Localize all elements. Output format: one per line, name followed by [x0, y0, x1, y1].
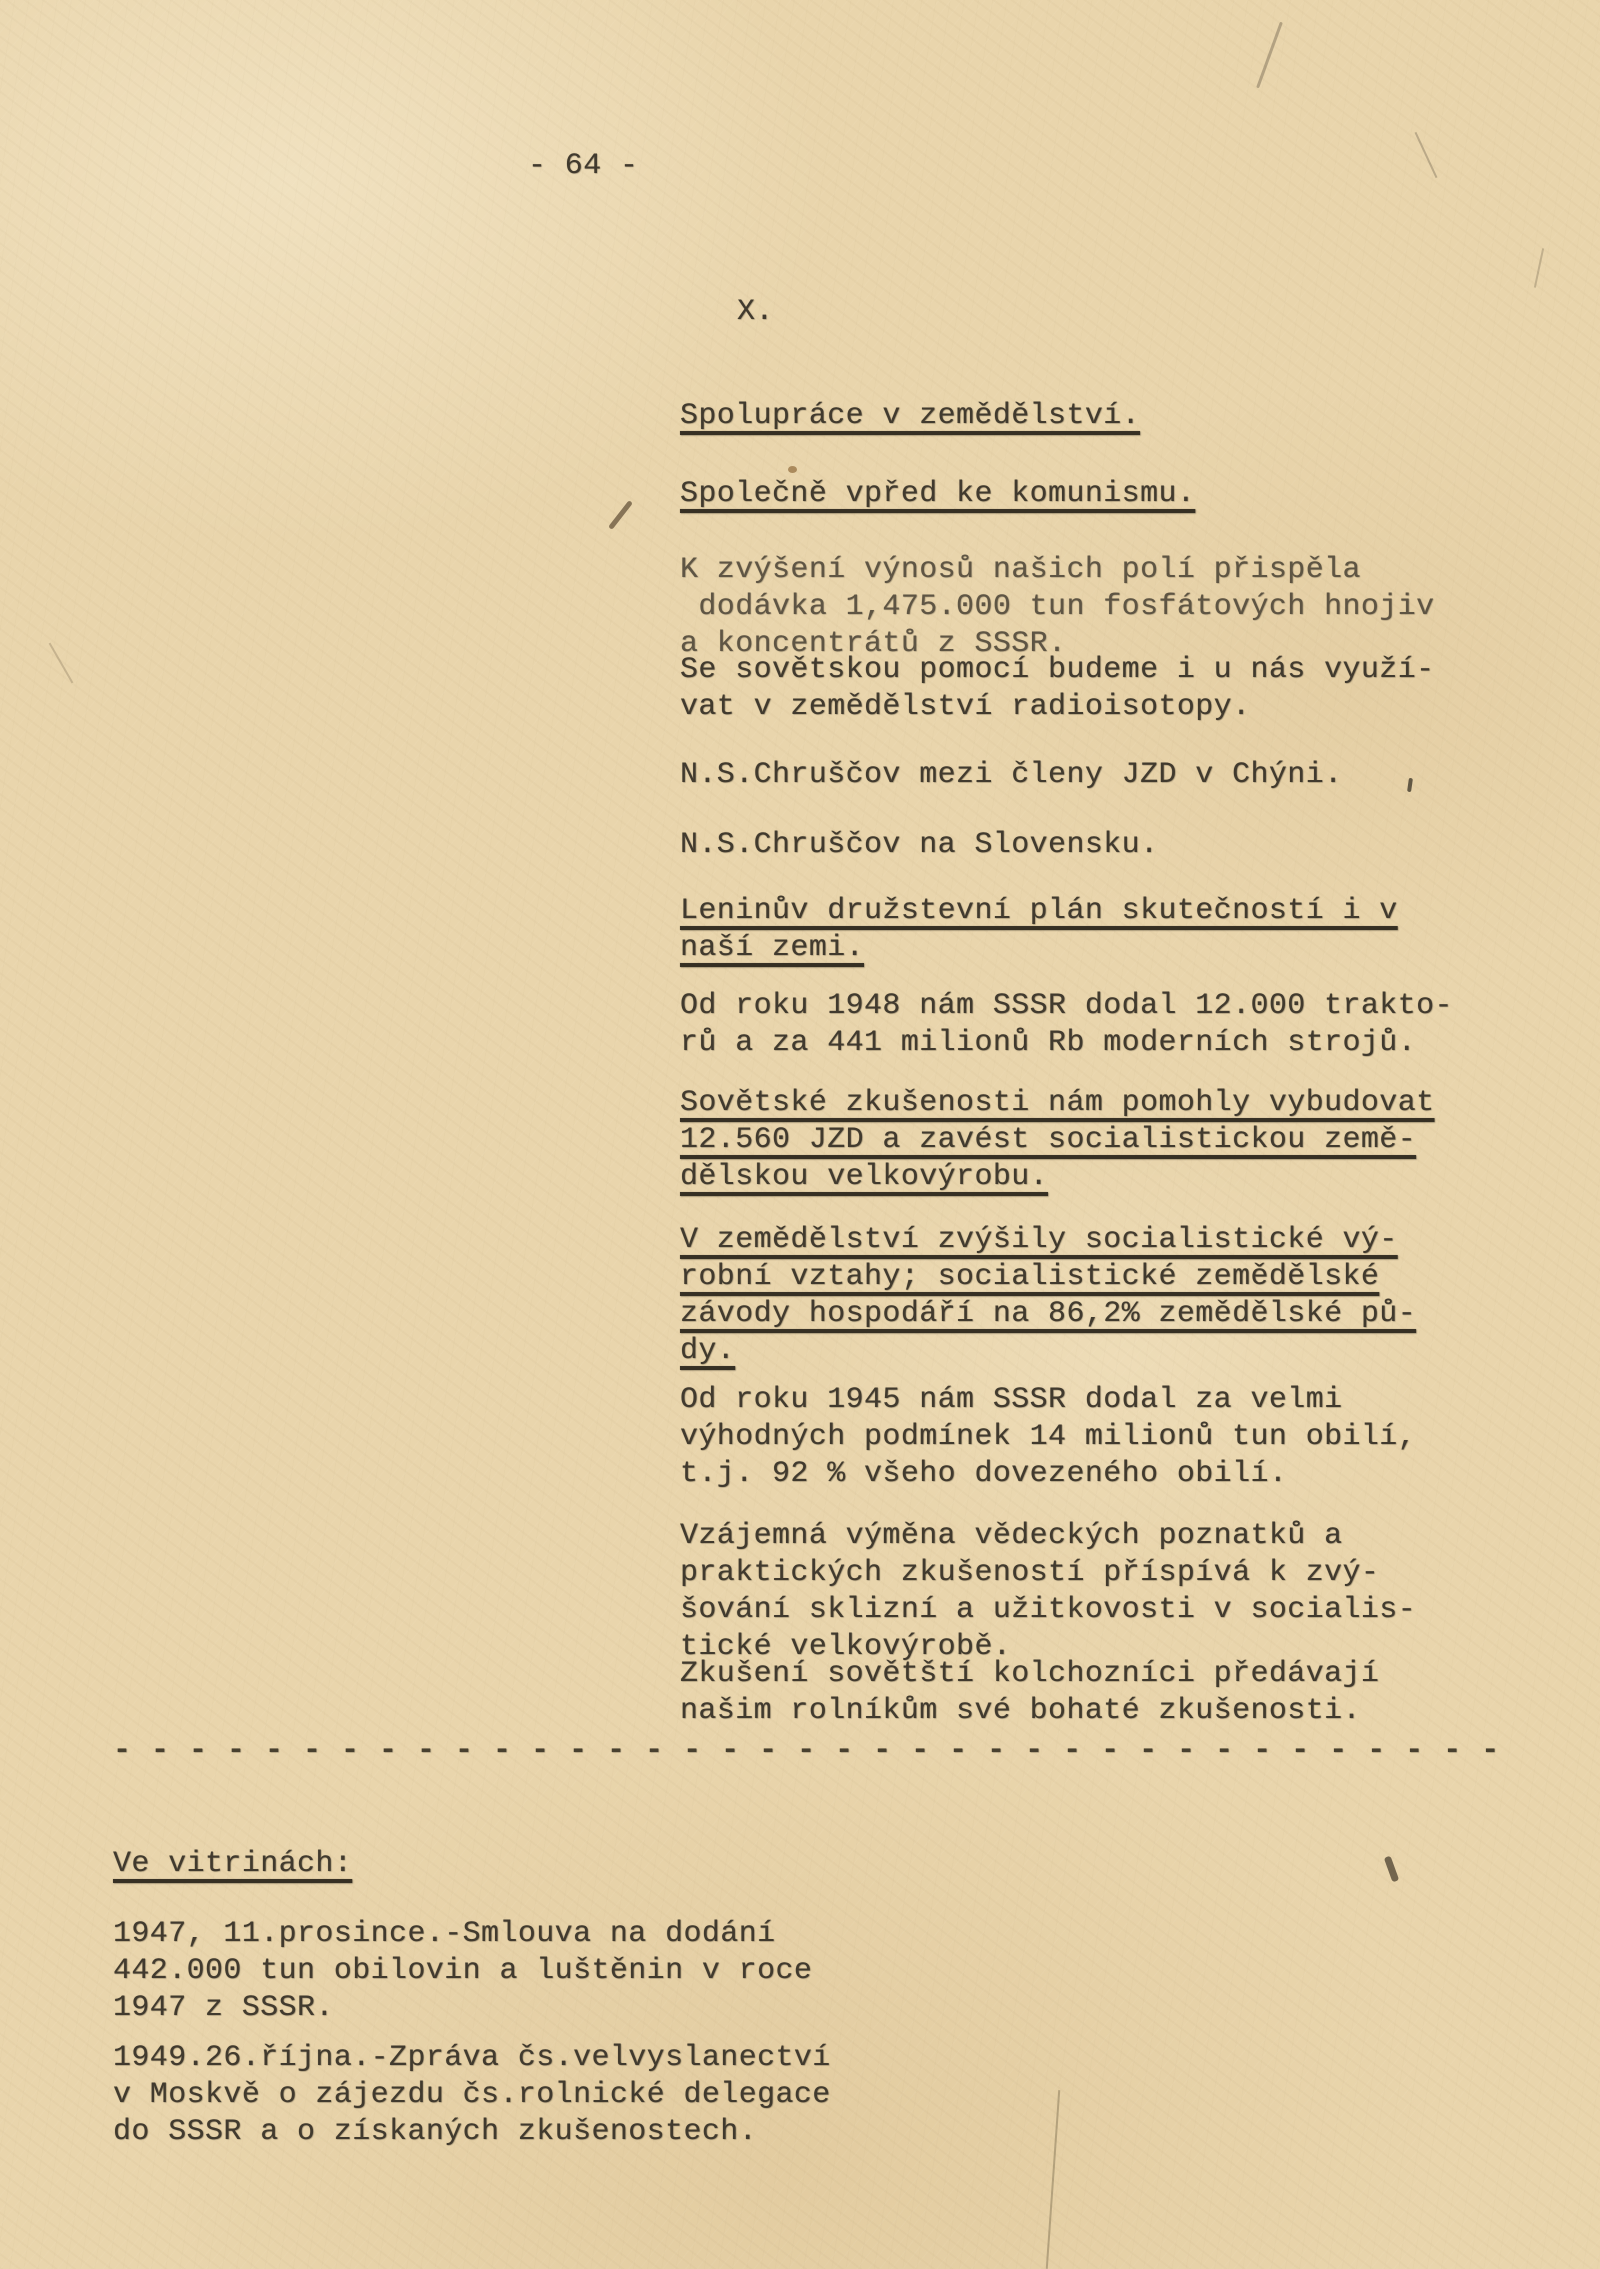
heading-lenin-cooperative-plan: Leninův družstevní plán skutečností i v …: [680, 893, 1398, 967]
paper-artifact-brown-speck: [788, 466, 797, 473]
paragraph-grain-1945: Od roku 1945 nám SSSR dodal za velmi výh…: [680, 1382, 1416, 1493]
heading-soviet-experience-jzd: Sovětské zkušenosti nám pomohly vybudova…: [680, 1085, 1435, 1196]
paragraph-fertilizer-delivery: K zvýšení výnosů našich polí přispěla do…: [680, 552, 1435, 663]
typewritten-document-page: - 64 - X. Spolupráce v zemědělství. Spol…: [0, 0, 1600, 2269]
caption-khrushchev-slovakia: N.S.Chruščov na Slovensku.: [680, 827, 1158, 864]
dashed-divider: - - - - - - - - - - - - - - - - - - - - …: [113, 1733, 1500, 1770]
paragraph-knowledge-exchange: Vzájemná výměna vědeckých poznatků a pra…: [680, 1518, 1416, 1666]
page-number: - 64 -: [528, 148, 638, 185]
paper-artifact-fiber-left: [49, 643, 74, 684]
paragraph-radioisotopes: Se sovětskou pomocí budeme i u nás využí…: [680, 652, 1435, 726]
paper-artifact-fiber-right: [1415, 132, 1438, 178]
footer-entry-1947-contract: 1947, 11.prosince.-Smlouva na dodání 442…: [113, 1916, 812, 2027]
paper-artifact-fiber-bottom: [1046, 2090, 1060, 2269]
caption-khrushchev-jzd: N.S.Chruščov mezi členy JZD v Chýni.: [680, 757, 1343, 794]
footer-heading-showcases: Ve vitrinách:: [113, 1846, 352, 1883]
paper-artifact-dark-fiber: [608, 500, 633, 530]
paper-artifact-fiber-margin: [1534, 248, 1544, 288]
section-title: Spolupráce v zemědělství.: [680, 398, 1140, 435]
heading-socialist-relations: V zemědělství zvýšily socialistické vý- …: [680, 1222, 1416, 1370]
section-numeral: X.: [737, 294, 774, 331]
section-subtitle: Společně vpřed ke komunismu.: [680, 476, 1195, 513]
ink-smudge-right-margin: [1384, 1856, 1399, 1883]
paragraph-kolkhoz-farmers: Zkušení sovětští kolchozníci předávají n…: [680, 1656, 1379, 1730]
ink-mark-apostrophe: [1407, 778, 1413, 792]
footer-entry-1949-report: 1949.26.října.-Zpráva čs.velvyslanectví …: [113, 2040, 831, 2151]
paragraph-tractors-1948: Od roku 1948 nám SSSR dodal 12.000 trakt…: [680, 988, 1453, 1062]
paper-artifact-fiber-top-right: [1256, 22, 1283, 89]
